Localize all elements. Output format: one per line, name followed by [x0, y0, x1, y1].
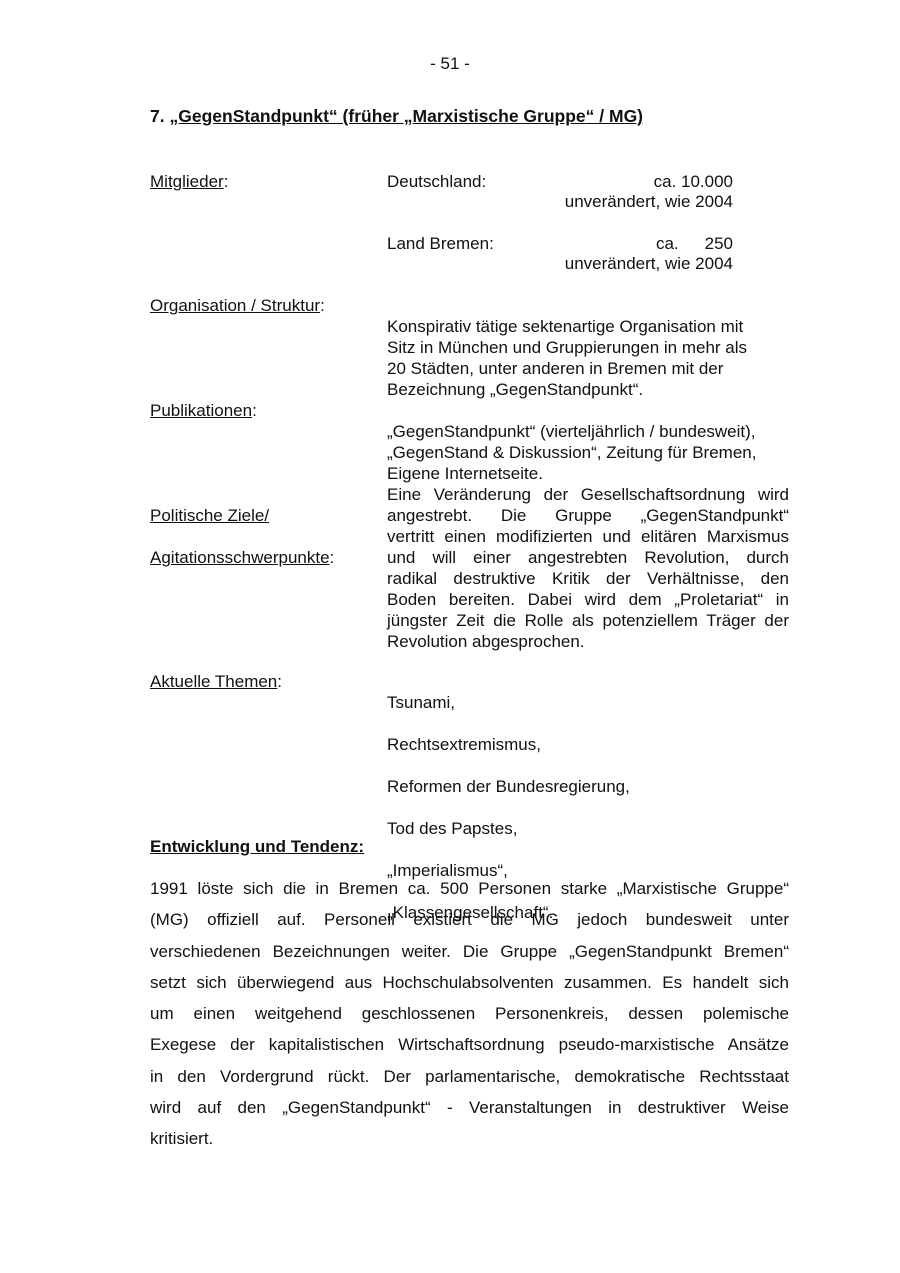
development-heading: Entwicklung und Tendenz:: [150, 836, 364, 857]
topic-item: Tod des Papstes,: [387, 818, 630, 839]
topic-item: Rechtsextremismus,: [387, 734, 630, 755]
members-value-germany: ca. 10.000: [387, 171, 733, 192]
development-paragraph: 1991 löste sich die in Bremen ca. 500 Pe…: [150, 878, 789, 1160]
topic-item: Tsunami,: [387, 692, 630, 713]
publications-label: Publikationen:: [150, 400, 257, 421]
section-number: 7.: [150, 106, 165, 126]
organisation-label: Organisation / Struktur:: [150, 295, 325, 316]
topics-label: Aktuelle Themen:: [150, 671, 282, 692]
members-note-bremen: unverändert, wie 2004: [387, 253, 733, 274]
members-note-germany: unverändert, wie 2004: [387, 191, 733, 212]
topic-item: Reformen der Bundesregierung,: [387, 776, 630, 797]
goals-text: Eine Veränderung der Gesellschaftsordnun…: [387, 484, 789, 652]
page-number: - 51 -: [0, 53, 900, 74]
section-title: „GegenStandpunkt“ (früher „Marxistische …: [169, 106, 643, 126]
members-value-bremen: ca.250: [387, 233, 733, 254]
section-heading: 7. „GegenStandpunkt“ (früher „Marxistisc…: [150, 106, 643, 127]
members-label: Mitglieder:: [150, 171, 228, 192]
goals-label: Politische Ziele/ Agitationsschwerpunkte…: [150, 484, 334, 589]
